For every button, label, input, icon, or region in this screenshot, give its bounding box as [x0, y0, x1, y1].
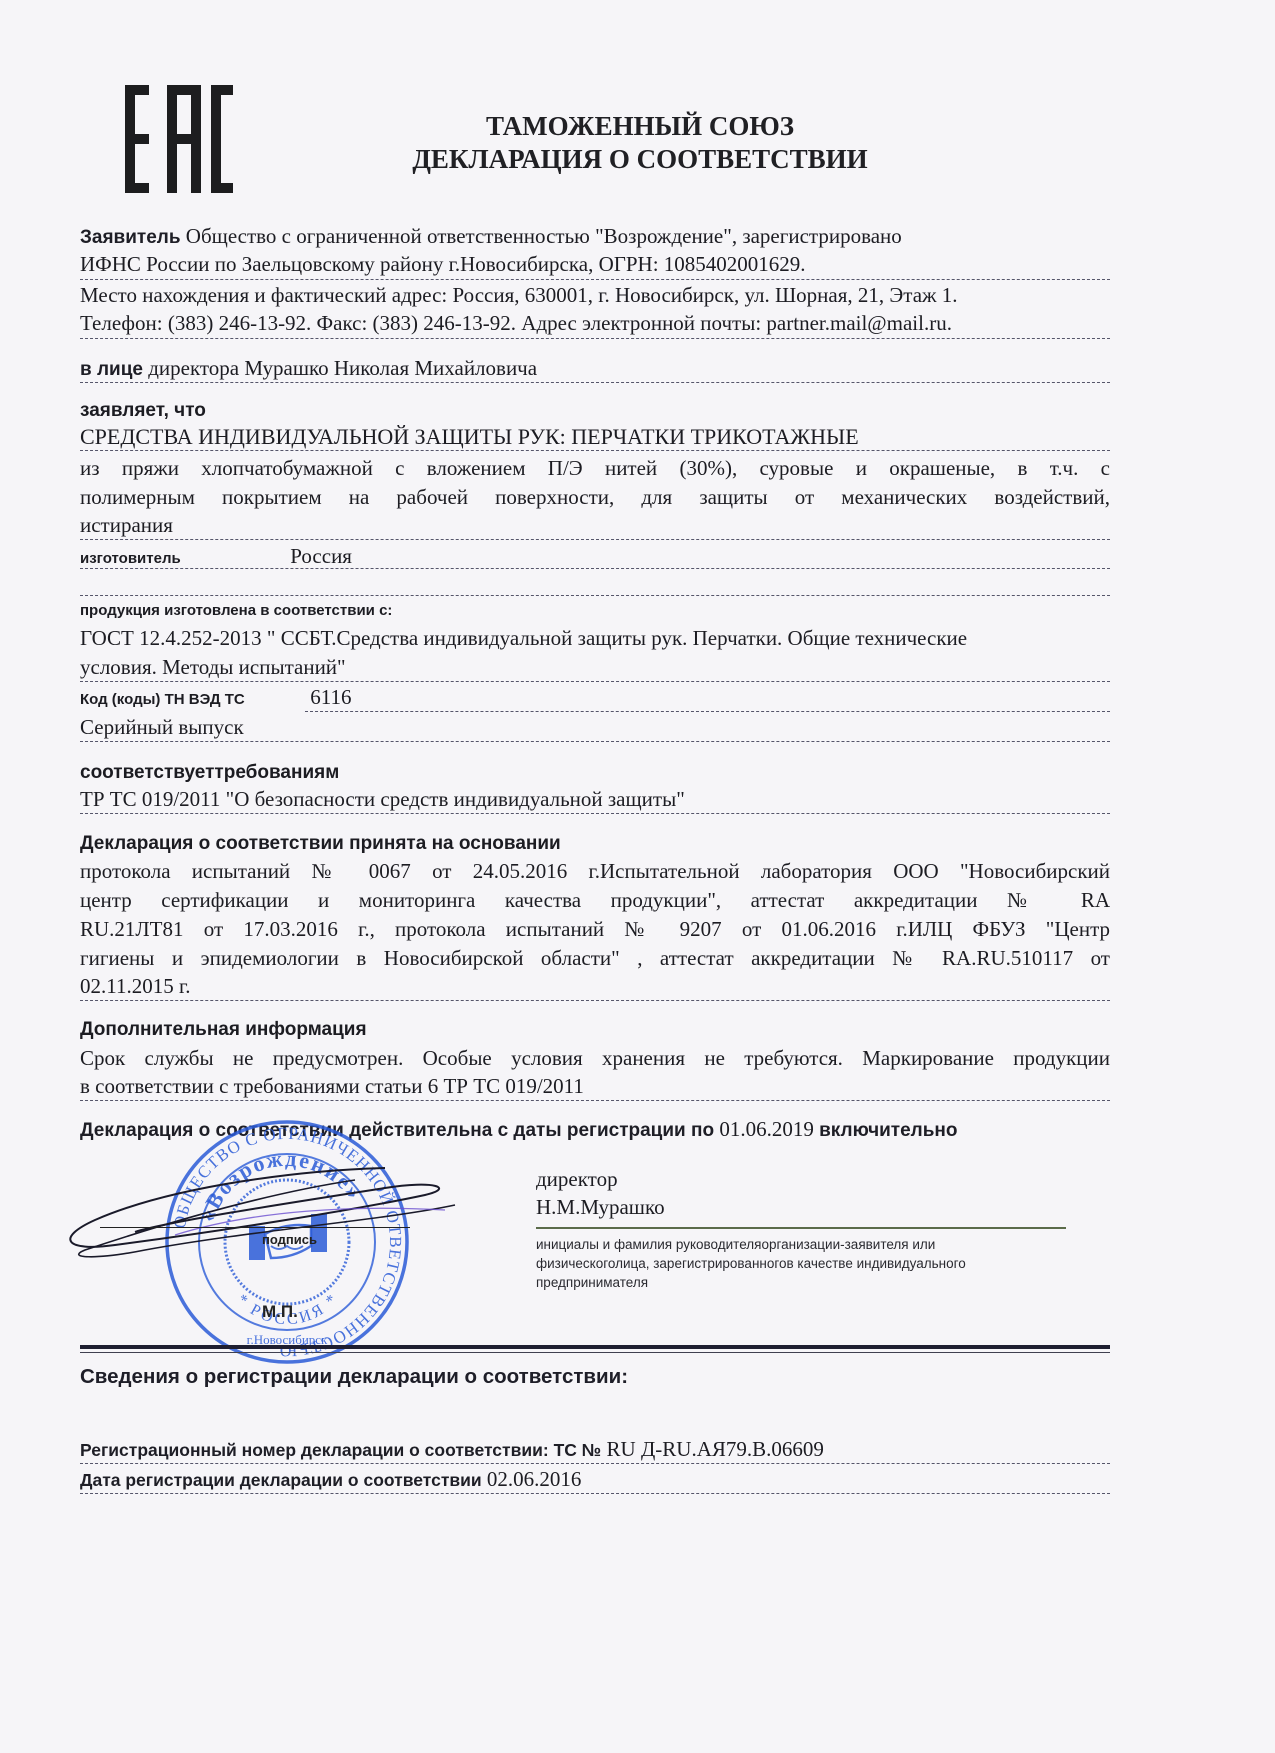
section-divider [80, 1352, 1110, 1353]
divider [80, 1493, 1110, 1494]
document-title: ДЕКЛАРАЦИЯ О СООТВЕТСТВИИ [330, 141, 950, 177]
applicant-registration: ИФНС России по Заельцовскому району г.Но… [80, 250, 1110, 279]
representative-line: в лице директора Мурашко Николая Михайло… [80, 354, 1110, 384]
validity-suffix: включительно [819, 1120, 957, 1141]
registration-date-line: Дата регистрации декларации о соответств… [80, 1465, 1110, 1495]
divider [80, 595, 1110, 596]
basis-line-2: центр сертификации и мониторинга качеств… [80, 886, 1110, 915]
requirements-label: соответствуеттребованиям [80, 758, 1110, 787]
registration-date: 02.06.2016 [487, 1467, 582, 1491]
product-description-1: из пряжи хлопчатобумажной с вложением П/… [80, 454, 1110, 483]
basis-line-3: RU.21ЛТ81 от 17.03.2016 г., протокола ис… [80, 915, 1110, 944]
tn-ved-code: 6116 [310, 685, 351, 709]
registration-number: RU Д-RU.АЯ79.В.06609 [607, 1437, 824, 1461]
additional-line-1: Срок службы не предусмотрен. Особые усло… [80, 1044, 1110, 1073]
basis-label: Декларация о соответствии принята на осн… [80, 829, 1110, 858]
registration-date-label: Дата регистрации декларации о соответств… [80, 1470, 482, 1490]
additional-label: Дополнительная информация [80, 1015, 1110, 1044]
requirements-value: ТР ТС 019/2011 "О безопасности средств и… [80, 785, 1110, 814]
divider [80, 1000, 1110, 1001]
signature-scribble-icon [55, 1150, 475, 1270]
representative-value: директора Мурашко Николая Михайловича [148, 356, 537, 380]
divider [80, 1100, 1110, 1101]
basis-line-5: 02.11.2015 г. [80, 972, 1110, 1001]
divider [80, 279, 1110, 280]
divider [80, 382, 1110, 383]
applicant-label: Заявитель [80, 227, 181, 248]
signatory-underline [536, 1227, 1066, 1229]
divider [80, 338, 1110, 339]
standard-line-1: ГОСТ 12.4.252-2013 " ССБТ.Средства индив… [80, 624, 1110, 653]
caption-line: физическоголица, зарегистрированногов ка… [536, 1254, 966, 1273]
applicant-name: Общество с ограниченной ответственностью… [186, 224, 902, 248]
stamp-place-label: М.П. [262, 1302, 298, 1322]
basis-line-4: гигиены и эпидемиологии в Новосибирской … [80, 944, 1110, 973]
applicant-contacts: Телефон: (383) 246-13-92. Факс: (383) 24… [80, 309, 1110, 338]
divider [80, 741, 1110, 742]
produced-per-label: продукция изготовлена в соответствии с: [80, 600, 1110, 622]
manufacturer-value: Россия [290, 544, 352, 568]
signature-label: подпись [262, 1232, 317, 1247]
validity-date: 01.06.2019 [719, 1117, 814, 1141]
section-divider [80, 1345, 1110, 1349]
additional-line-2: в соответствии с требованиями статьи 6 Т… [80, 1072, 1110, 1101]
applicant-address: Место нахождения и фактический адрес: Ро… [80, 281, 1110, 310]
registration-number-label: Регистрационный номер декларации о соотв… [80, 1440, 601, 1460]
union-title: ТАМОЖЕННЫЙ СОЮЗ [330, 108, 950, 144]
registration-number-line: Регистрационный номер декларации о соотв… [80, 1435, 1110, 1465]
signatory-position: директор [536, 1167, 618, 1192]
product-description-3: истирания [80, 511, 1110, 540]
product-title: СРЕДСТВА ИНДИВИДУАЛЬНОЙ ЗАЩИТЫ РУК: ПЕРЧ… [80, 422, 1110, 451]
divider [80, 450, 1110, 451]
release-type: Серийный выпуск [80, 713, 1110, 742]
divider [80, 681, 1110, 682]
divider [80, 813, 1110, 814]
eac-mark-icon [125, 85, 233, 193]
basis-line-1: протокола испытаний № 0067 от 24.05.2016… [80, 857, 1110, 886]
caption-line: предпринимателя [536, 1273, 966, 1292]
standard-line-2: условия. Методы испытаний" [80, 653, 1110, 682]
tn-ved-label: Код (коды) ТН ВЭД ТС [80, 685, 305, 714]
divider [305, 711, 1110, 712]
divider [80, 539, 1110, 540]
divider [80, 1463, 1110, 1464]
signatory-caption: инициалы и фамилия руководителяорганизац… [536, 1235, 966, 1292]
representative-label: в лице [80, 359, 143, 380]
declares-label: заявляет, что [80, 396, 1110, 425]
product-description-2: полимерным покрытием на рабочей поверхно… [80, 483, 1110, 512]
divider [80, 568, 1110, 569]
caption-line: инициалы и фамилия руководителяорганизац… [536, 1235, 966, 1254]
signatory-name: Н.М.Мурашко [536, 1195, 665, 1220]
applicant-line-1: Заявитель Общество с ограниченной ответс… [80, 222, 1110, 252]
registration-heading: Сведения о регистрации декларации о соот… [80, 1362, 1110, 1391]
tn-ved-line: Код (коды) ТН ВЭД ТС 6116 [80, 683, 1110, 714]
